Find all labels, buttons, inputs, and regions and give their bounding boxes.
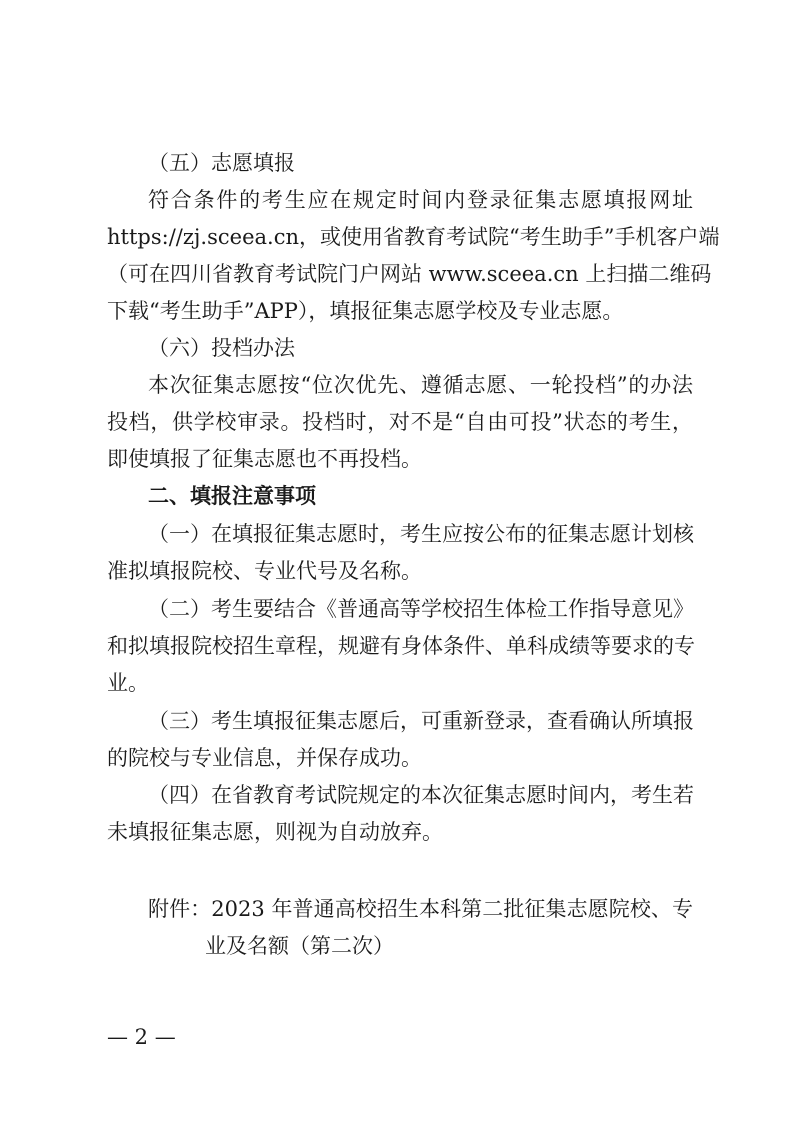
document-page: （五）志愿填报 符合条件的考生应在规定时间内登录征集志愿填报网址 https:/… bbox=[0, 0, 793, 1122]
paragraph-line: 下载“考生助手”APP），填报征集志愿学校及专业志愿。 bbox=[107, 293, 693, 330]
main-heading: 二、填报注意事项 bbox=[148, 478, 693, 515]
paragraph-line: （可在四川省教育考试院门户网站 www.sceea.cn 上扫描二维码 bbox=[107, 256, 693, 293]
note-line: 业。 bbox=[107, 665, 693, 702]
note-line: （三）考生填报征集志愿后，可重新登录，查看确认所填报 bbox=[148, 703, 693, 740]
paragraph-line: https://zj.sceea.cn，或使用省教育考试院“考生助手”手机客户端 bbox=[107, 219, 693, 256]
attachment-line: 附件：2023 年普通高校招生本科第二批征集志愿院校、专 bbox=[148, 891, 693, 928]
section-heading-6: （六）投档办法 bbox=[148, 330, 693, 367]
note-line: （二）考生要结合《普通高等学校招生体检工作指导意见》 bbox=[148, 591, 693, 628]
note-line: 未填报征集志愿，则视为自动放弃。 bbox=[107, 814, 693, 851]
paragraph-line: 即使填报了征集志愿也不再投档。 bbox=[107, 441, 693, 478]
attachment-line-continued: 业及名额（第二次） bbox=[205, 928, 791, 965]
paragraph-line: 本次征集志愿按“位次优先、遵循志愿、一轮投档”的办法 bbox=[148, 367, 693, 404]
paragraph-line: 符合条件的考生应在规定时间内登录征集志愿填报网址 bbox=[148, 182, 693, 219]
note-line: 和拟填报院校招生章程，规避有身体条件、单科成绩等要求的专 bbox=[107, 628, 693, 665]
section-heading-5: （五）志愿填报 bbox=[148, 145, 693, 182]
page-number: — 2 — bbox=[107, 1022, 176, 1052]
paragraph-line: 投档，供学校审录。投档时，对不是“自由可投”状态的考生， bbox=[107, 404, 693, 441]
note-line: （四）在省教育考试院规定的本次征集志愿时间内，考生若 bbox=[148, 777, 693, 814]
note-line: 的院校与专业信息，并保存成功。 bbox=[107, 740, 693, 777]
note-line: 准拟填报院校、专业代号及名称。 bbox=[107, 553, 693, 590]
note-line: （一）在填报征集志愿时，考生应按公布的征集志愿计划核 bbox=[148, 516, 693, 553]
